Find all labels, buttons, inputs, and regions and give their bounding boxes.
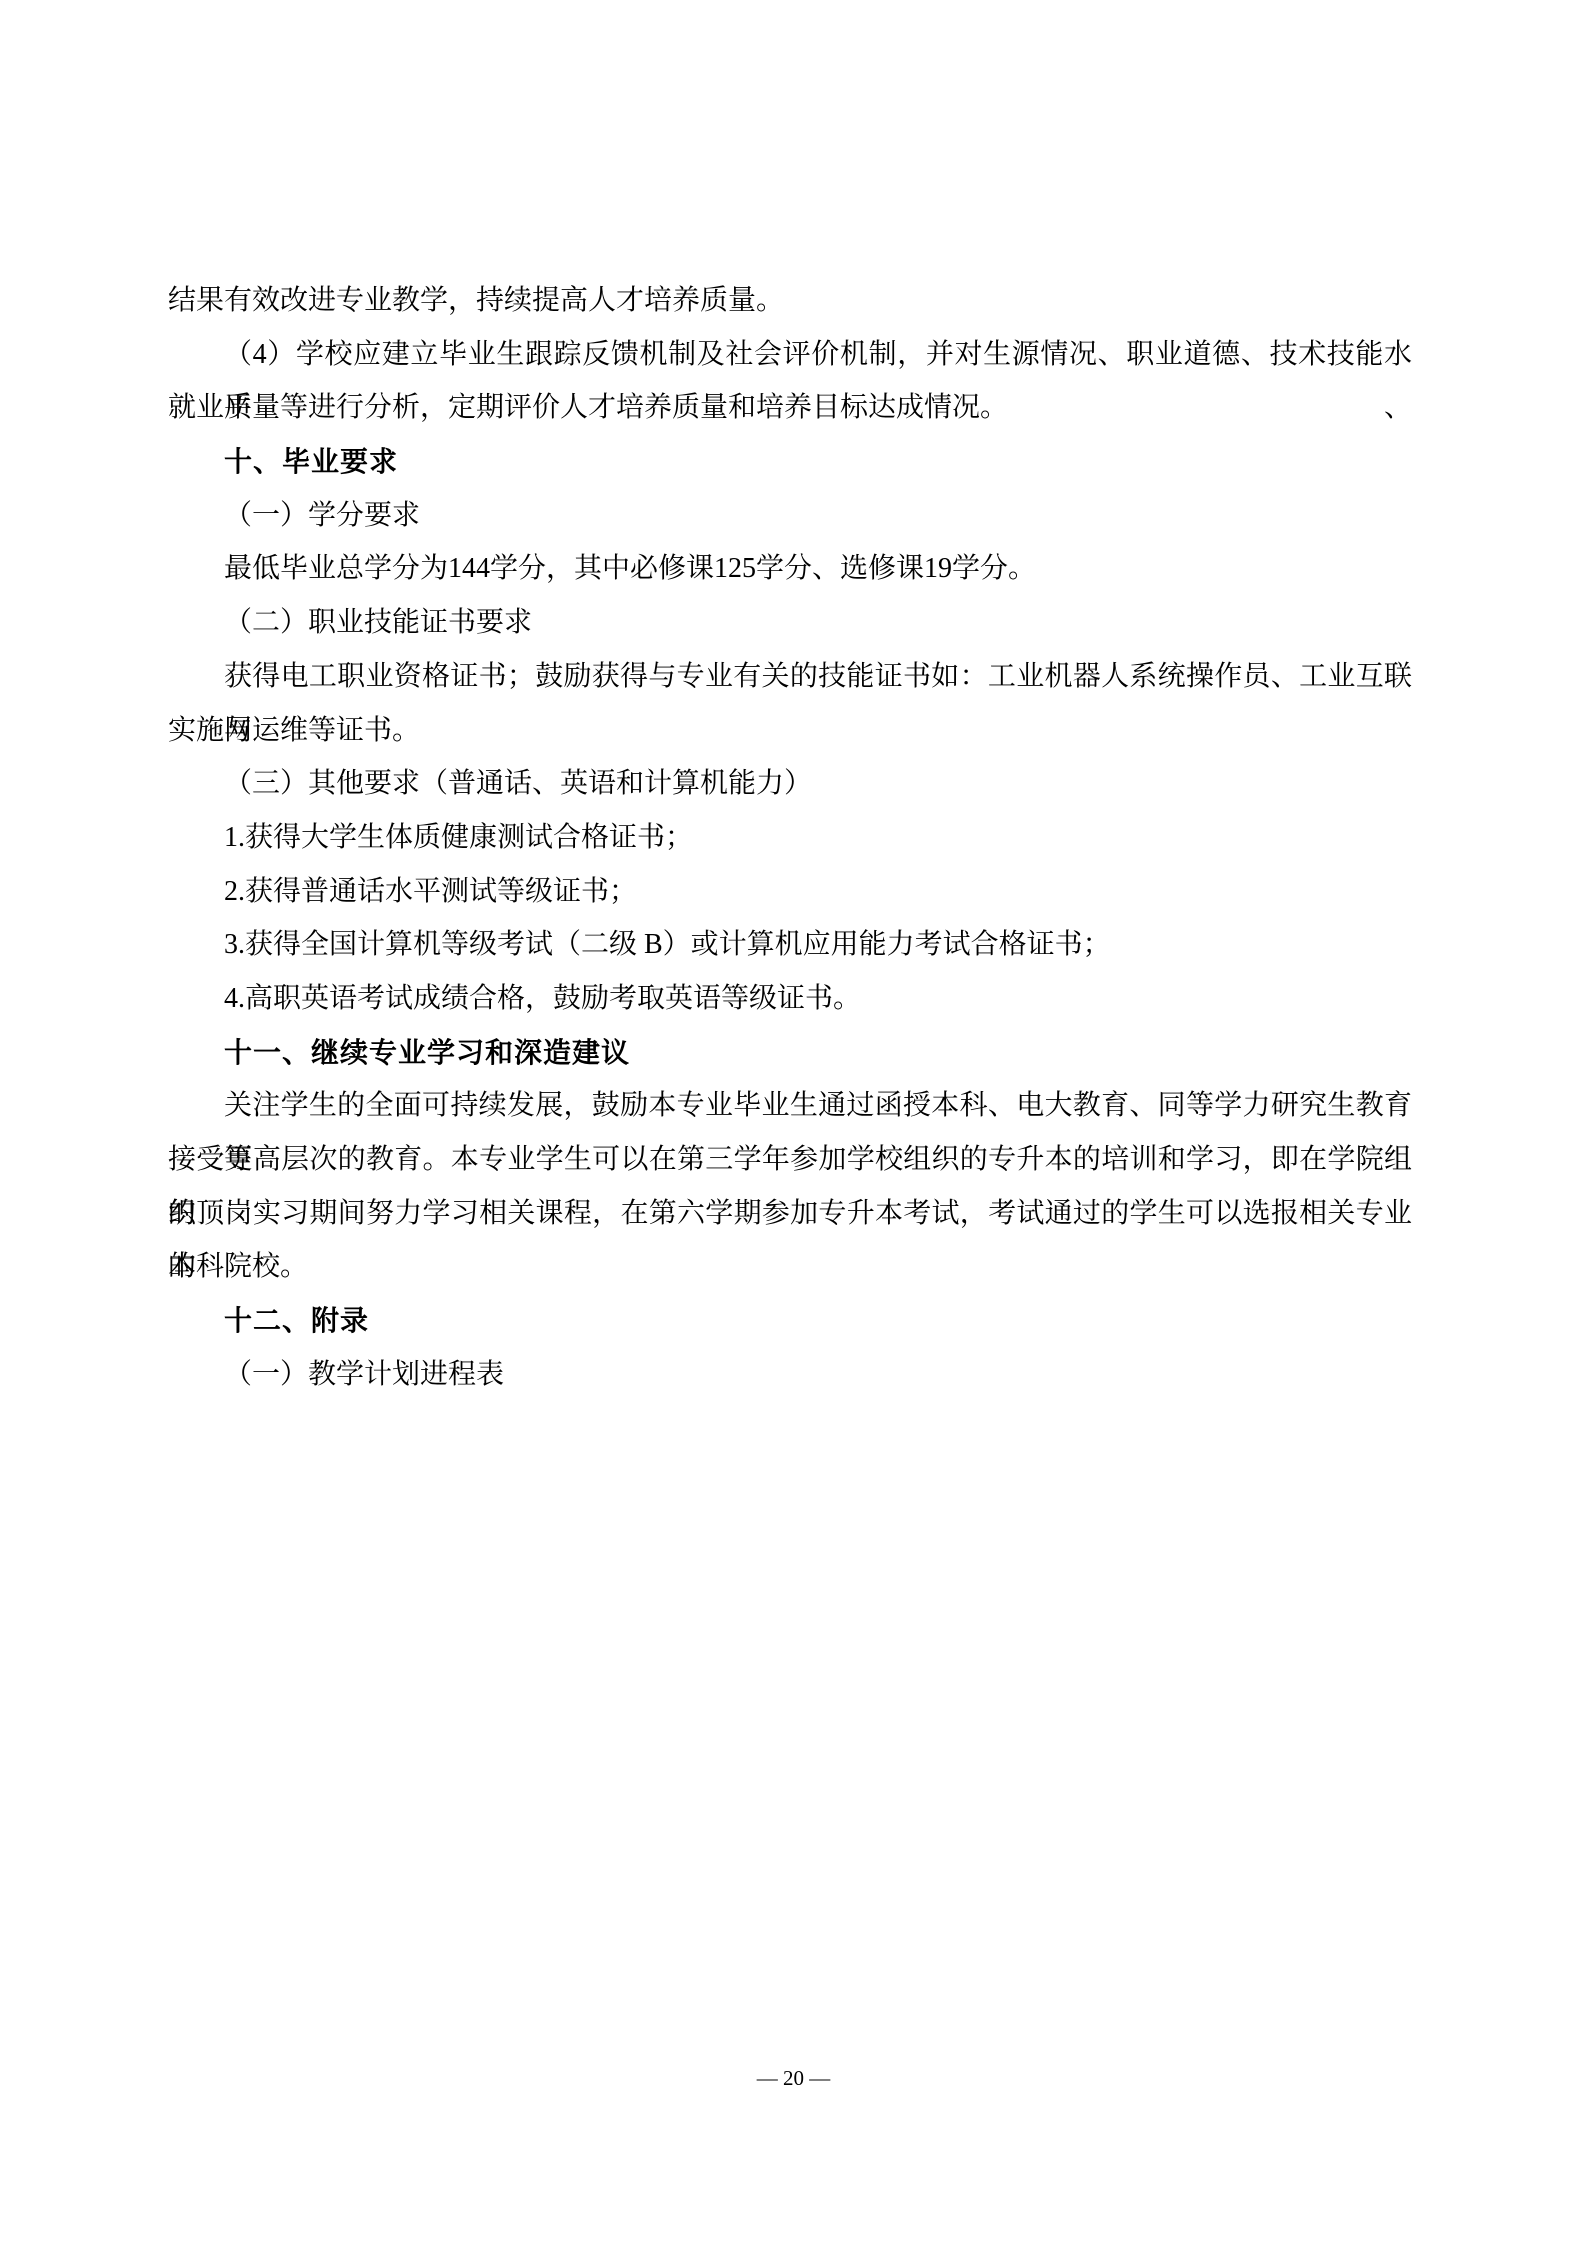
- text-line: （4）学校应建立毕业生跟踪反馈机制及社会评价机制，并对生源情况、职业道德、技术技…: [168, 328, 1412, 382]
- text-line: 本科院校。: [168, 1240, 1412, 1294]
- section-heading: 十、毕业要求: [168, 435, 1412, 489]
- text-line: 结果有效改进专业教学，持续提高人才培养质量。: [168, 274, 1412, 328]
- text-line: 实施与运维等证书。: [168, 704, 1412, 758]
- document-page: 结果有效改进专业教学，持续提高人才培养质量。（4）学校应建立毕业生跟踪反馈机制及…: [0, 0, 1587, 2245]
- text-line: 接受更高层次的教育。本专业学生可以在第三学年参加学校组织的专升本的培训和学习，即…: [168, 1133, 1412, 1187]
- document-text-block: 结果有效改进专业教学，持续提高人才培养质量。（4）学校应建立毕业生跟踪反馈机制及…: [168, 274, 1412, 1401]
- text-line: 4.高职英语考试成绩合格，鼓励考取英语等级证书。: [168, 972, 1412, 1026]
- text-line: 获得电工职业资格证书；鼓励获得与专业有关的技能证书如：工业机器人系统操作员、工业…: [168, 650, 1412, 704]
- section-heading: 十一、继续专业学习和深造建议: [168, 1026, 1412, 1080]
- text-line: （一）学分要求: [168, 489, 1412, 543]
- text-line: （一）教学计划进程表: [168, 1348, 1412, 1402]
- page-number: — 20 —: [0, 2064, 1587, 2092]
- text-line: 最低毕业总学分为144学分，其中必修课125学分、选修课19学分。: [168, 542, 1412, 596]
- text-line: （三）其他要求（普通话、英语和计算机能力）: [168, 757, 1412, 811]
- text-line: 2.获得普通话水平测试等级证书；: [168, 865, 1412, 919]
- text-line: 关注学生的全面可持续发展，鼓励本专业毕业生通过函授本科、电大教育、同等学力研究生…: [168, 1079, 1412, 1133]
- section-heading: 十二、附录: [168, 1294, 1412, 1348]
- text-line: 3.获得全国计算机等级考试（二级 B）或计算机应用能力考试合格证书；: [168, 918, 1412, 972]
- text-line: 1.获得大学生体质健康测试合格证书；: [168, 811, 1412, 865]
- text-line: （二）职业技能证书要求: [168, 596, 1412, 650]
- text-line: 的顶岗实习期间努力学习相关课程，在第六学期参加专升本考试，考试通过的学生可以选报…: [168, 1187, 1412, 1241]
